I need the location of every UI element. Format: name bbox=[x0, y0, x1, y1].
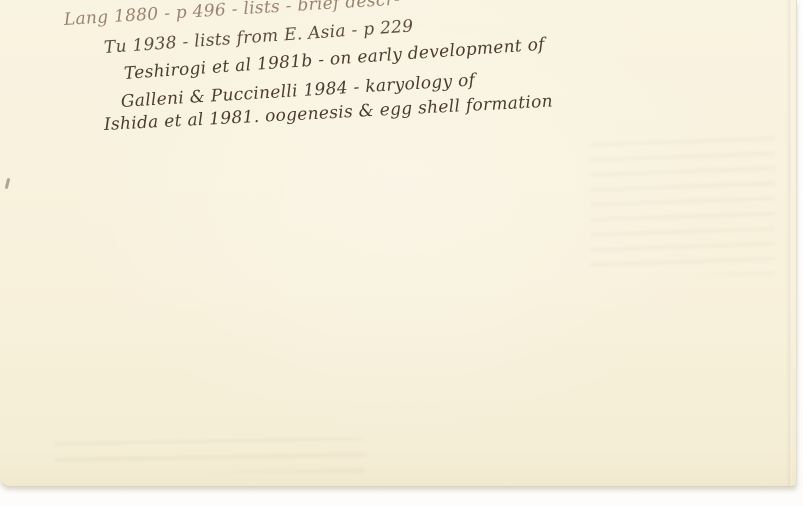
index-card: Lang 1880 - p 496 - lists - brief descr-… bbox=[0, 0, 797, 487]
edge-ink-speck bbox=[5, 178, 11, 189]
ink-bleed-through bbox=[590, 135, 775, 275]
scanned-page: Lang 1880 - p 496 - lists - brief descr-… bbox=[0, 0, 803, 506]
ink-bleed-through bbox=[55, 438, 365, 472]
